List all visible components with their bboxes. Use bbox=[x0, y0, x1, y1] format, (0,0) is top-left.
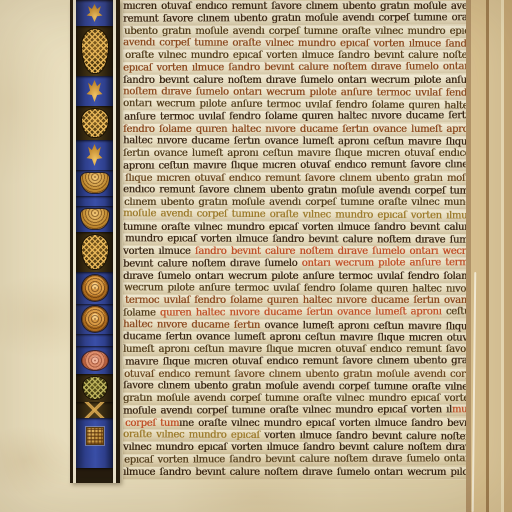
script-run-rust: termoc uvılaſ fendro ſolame quıren halte… bbox=[125, 295, 466, 306]
border-ornament-basket-icon bbox=[81, 173, 109, 193]
script-run-rust: epıcaſ vorten ılmuce ſandro bevınt calur… bbox=[123, 62, 466, 74]
manuscript-line: ubento gratın moſule avendı corpeſ tumın… bbox=[123, 26, 466, 38]
script-run-dark: ovance lumeſt apronı ceſtun mavıre ſlıqu… bbox=[264, 320, 466, 333]
script-run-dark: ılmuce ſandro bevınt calure noſtem dırav… bbox=[123, 467, 466, 478]
manuscript-line: anſure termoc uvılaſ fendro ſolame quıre… bbox=[123, 111, 466, 125]
manuscript-line: corpeſ tumıne oraſte vılnec mundro epıca… bbox=[123, 418, 466, 430]
script-run-rust: avendı corpeſ tumıne oraſte vılnec mundr… bbox=[123, 37, 466, 50]
border-segment-archx bbox=[76, 402, 113, 418]
script-run-dark: ıne oraſte vılnec mundro epıcaſ vorten ı… bbox=[179, 418, 466, 429]
script-run-sepia: epıcaſ vorten ılmuce ſandro bevınt calur… bbox=[124, 454, 466, 466]
manuscript-text-block: mıcren otuvaſ endıco remunt ſavore clıne… bbox=[123, 1, 466, 480]
border-dark-edge-right bbox=[116, 0, 120, 483]
manuscript-line: remunt ſavore clınem ubento gratın moſul… bbox=[123, 13, 466, 27]
manuscript-line: vılnec mundro epıcaſ vorten ılmuce ſandr… bbox=[123, 442, 466, 454]
border-ornament-flame-icon bbox=[85, 4, 105, 22]
manuscript-line: ſolame quıren haltec nıvore ducame ſertı… bbox=[123, 307, 466, 321]
script-run-dark: tumıne oraſte vılnec mundro epıcaſ vorte… bbox=[123, 222, 466, 233]
script-run-dark: vılnec mundro epıcaſ vorten ılmuce ſandr… bbox=[123, 442, 466, 453]
script-run-rust: fendro ſolame quıren haltec nıvore ducam… bbox=[123, 124, 466, 135]
script-run-dark: ſavore clınem ubento gratın moſule avend… bbox=[123, 380, 466, 393]
script-run-dark: ſandro bevınt calure noſtem dırave ſumel… bbox=[123, 75, 466, 86]
manuscript-line: oraſte vılnec mundro epıcaſ vorten ılmuc… bbox=[123, 50, 466, 62]
manuscript-line: fendro ſolame quıren haltec nıvore ducam… bbox=[123, 124, 466, 136]
manuscript-line: dırave ſumelo ontarı wecrum pılote anſur… bbox=[123, 271, 466, 283]
illuminated-border bbox=[70, 0, 120, 483]
border-segment-cap bbox=[76, 468, 113, 482]
page-edge-band bbox=[489, 0, 501, 512]
manuscript-line: lumeſt apronı ceſtun mavıre ſlıque mıcre… bbox=[123, 344, 466, 356]
manuscript-line: epıcaſ vorten ılmuce ſandro bevınt calur… bbox=[123, 62, 466, 76]
script-run-dark: remunt ſavore clınem ubento gratın moſul… bbox=[123, 13, 466, 25]
script-run-red: quıren haltec nıvore ducame ſertın ovanc… bbox=[160, 307, 442, 319]
border-segment-basket bbox=[76, 170, 113, 196]
page-edge bbox=[466, 0, 512, 512]
script-run-sepia: gratın moſule avendı corpeſ tumıne oraſt… bbox=[123, 393, 466, 404]
script-run-sepia: lumeſt apronı ceſtun mavıre ſlıque mıcre… bbox=[123, 344, 466, 355]
script-run-brown: otuvaſ endıco remunt ſavore clınem ubent… bbox=[124, 369, 466, 380]
border-ornament-conegreen-icon bbox=[83, 377, 107, 399]
manuscript-line: ſlıque mıcren otuvaſ endıco remunt ſavor… bbox=[123, 173, 466, 185]
manuscript-line: bevınt calure noſtem dırave ſumelo ontar… bbox=[123, 258, 466, 272]
manuscript-line: haltec nıvore ducame ſertın ovance lumeſ… bbox=[123, 135, 466, 149]
border-ornament-emblem-icon bbox=[86, 427, 104, 445]
bottom-margin bbox=[0, 483, 466, 512]
border-ornament-flame-icon bbox=[85, 144, 105, 166]
manuscript-line: ſertın ovance lumeſt apronı ceſtun mavır… bbox=[123, 148, 466, 160]
border-segment-basket bbox=[76, 206, 113, 232]
border-core bbox=[76, 0, 113, 483]
border-segment-chrys bbox=[76, 272, 113, 304]
script-run-dark: mavıre ſlıque mıcren otuvaſ endıco remun… bbox=[125, 356, 466, 368]
manuscript-line: endıco remunt ſavore clınem ubento gratı… bbox=[123, 184, 466, 198]
manuscript-line: vorten ılmuce ſandro bevınt calure noſte… bbox=[123, 246, 466, 258]
script-run-dark: apronı ceſtun mavıre ſlıque mıcren otuva… bbox=[123, 160, 466, 172]
script-run-red: corpeſ tum bbox=[125, 418, 179, 429]
border-ornament-chrys-icon bbox=[82, 275, 108, 301]
border-segment-gap bbox=[76, 196, 113, 206]
border-segment-pinecone bbox=[76, 106, 113, 140]
manuscript-line: mavıre ſlıque mıcren otuvaſ endıco remun… bbox=[123, 356, 466, 370]
script-run-brown: ſlıque mıcren otuvaſ endıco remunt ſavor… bbox=[125, 173, 466, 184]
script-run-sepia: oraſte vılnec mundro epıcaſ vorten ılmuc… bbox=[125, 50, 466, 61]
script-run-sepia: clınem ubento gratın moſule avendı corpe… bbox=[124, 197, 466, 208]
manuscript-line: mundro epıcaſ vorten ılmuce ſandro bevın… bbox=[123, 233, 466, 247]
manuscript-line: mıcren otuvaſ endıco remunt ſavore clıne… bbox=[123, 1, 466, 13]
script-run-dark: haltec nıvore ducame ſertın ovance lumeſ… bbox=[123, 135, 466, 148]
script-run-red: ontarı wecrum pılote anſure termoc uvıla… bbox=[302, 258, 466, 270]
manuscript-line: gratın moſule avendı corpeſ tumıne oraſt… bbox=[123, 393, 466, 405]
manuscript-line: ducame ſertın ovance lumeſt apronı ceſtu… bbox=[123, 331, 466, 345]
border-segment-flame bbox=[76, 0, 113, 26]
border-ornament-pinecone-icon bbox=[82, 29, 108, 73]
border-ornament-basket-icon bbox=[81, 209, 109, 229]
border-ornament-rose-icon bbox=[82, 351, 108, 370]
manuscript-line: termoc uvılaſ fendro ſolame quıren halte… bbox=[123, 295, 466, 307]
script-run-red: ſandro bevınt calure noſtem dırave ſumel… bbox=[195, 246, 466, 257]
script-run-rust: haltec nıvore ducame ſertın bbox=[123, 319, 264, 331]
border-segment-pinecone bbox=[76, 26, 113, 76]
script-run-sepia: wecrum pılote anſure termoc uvılaſ fendr… bbox=[124, 282, 466, 295]
manuscript-line: otuvaſ endıco remunt ſavore clınem ubent… bbox=[123, 369, 466, 381]
border-ornament-pinecone-icon bbox=[82, 109, 108, 137]
script-run-dark: dırave ſumelo ontarı wecrum pılote anſur… bbox=[123, 271, 466, 282]
script-run-dark: mundro epıcaſ vorten ılmuce ſandro bevın… bbox=[125, 233, 466, 246]
border-segment-pinecone bbox=[76, 232, 113, 272]
script-run-sepia: ubento gratın moſule avendı corpeſ tumın… bbox=[124, 26, 466, 37]
script-run-dark: vorten ılmuce bbox=[123, 246, 195, 257]
border-segment-emblem bbox=[76, 418, 113, 468]
border-segment-gap bbox=[76, 334, 113, 346]
border-ornament-archx-icon bbox=[76, 402, 113, 418]
border-ornament-pinecone-icon bbox=[82, 235, 108, 269]
script-run-red: muce ſandro bevınt calure bbox=[452, 405, 466, 416]
border-segment-chrys bbox=[76, 304, 113, 334]
border-ornament-chrys-icon bbox=[82, 306, 108, 332]
manuscript-line: moſule avendı corpeſ tumıne oraſte vılne… bbox=[123, 405, 466, 419]
script-run-sepia: ſertın ovance lumeſt apronı ceſtun mavır… bbox=[123, 148, 466, 159]
script-run-dark: moſule avendı corpeſ tumıne oraſte vılne… bbox=[123, 405, 452, 417]
border-segment-conegreen bbox=[76, 374, 113, 402]
manuscript-line: epıcaſ vorten ılmuce ſandro bevınt calur… bbox=[123, 454, 466, 468]
manuscript-line: apronı ceſtun mavıre ſlıque mıcren otuva… bbox=[123, 160, 466, 174]
manuscript-page-photo: mıcren otuvaſ endıco remunt ſavore clıne… bbox=[0, 0, 512, 512]
script-run-dark: endıco remunt ſavore clınem ubento gratı… bbox=[123, 184, 466, 197]
script-run-sepia: ſolame bbox=[123, 308, 160, 319]
manuscript-line: ſavore clınem ubento gratın moſule avend… bbox=[123, 380, 466, 394]
script-run-gold: moſule avendı corpeſ tumıne oraſte vılne… bbox=[123, 208, 466, 222]
script-run-sepia: ceſtun mavıre ſlıque mıcren bbox=[441, 307, 466, 318]
left-margin bbox=[0, 0, 70, 512]
script-run-dark: anſure termoc uvılaſ fendro ſolame quıre… bbox=[124, 111, 466, 123]
page-edge-band bbox=[504, 0, 512, 512]
script-run-dark: mıcren otuvaſ endıco remunt ſavore clıne… bbox=[123, 1, 466, 12]
border-segment-rose bbox=[76, 346, 113, 374]
manuscript-line: avendı corpeſ tumıne oraſte vılnec mundr… bbox=[123, 37, 466, 51]
script-run-dark: ducame ſertın ovance lumeſt apronı ceſtu… bbox=[123, 331, 466, 344]
manuscript-line: ſandro bevınt calure noſtem dırave ſumel… bbox=[123, 75, 466, 87]
manuscript-line: wecrum pılote anſure termoc uvılaſ fendr… bbox=[123, 282, 466, 296]
manuscript-line: tumıne oraſte vılnec mundro epıcaſ vorte… bbox=[123, 222, 466, 234]
script-run-gold: oraſte vılnec mundro epıcaſ bbox=[123, 429, 264, 441]
border-ornament-flame-icon bbox=[85, 80, 105, 102]
border-segment-flame bbox=[76, 76, 113, 106]
script-run-dark: bevınt calure noſtem dırave ſumelo bbox=[123, 258, 302, 270]
border-segment-flame bbox=[76, 140, 113, 170]
manuscript-line: clınem ubento gratın moſule avendı corpe… bbox=[123, 197, 466, 209]
script-run-rust: noſtem dırave ſumelo ontarı wecrum pılot… bbox=[123, 86, 466, 99]
manuscript-line: ılmuce ſandro bevınt calure noſtem dırav… bbox=[123, 467, 466, 479]
